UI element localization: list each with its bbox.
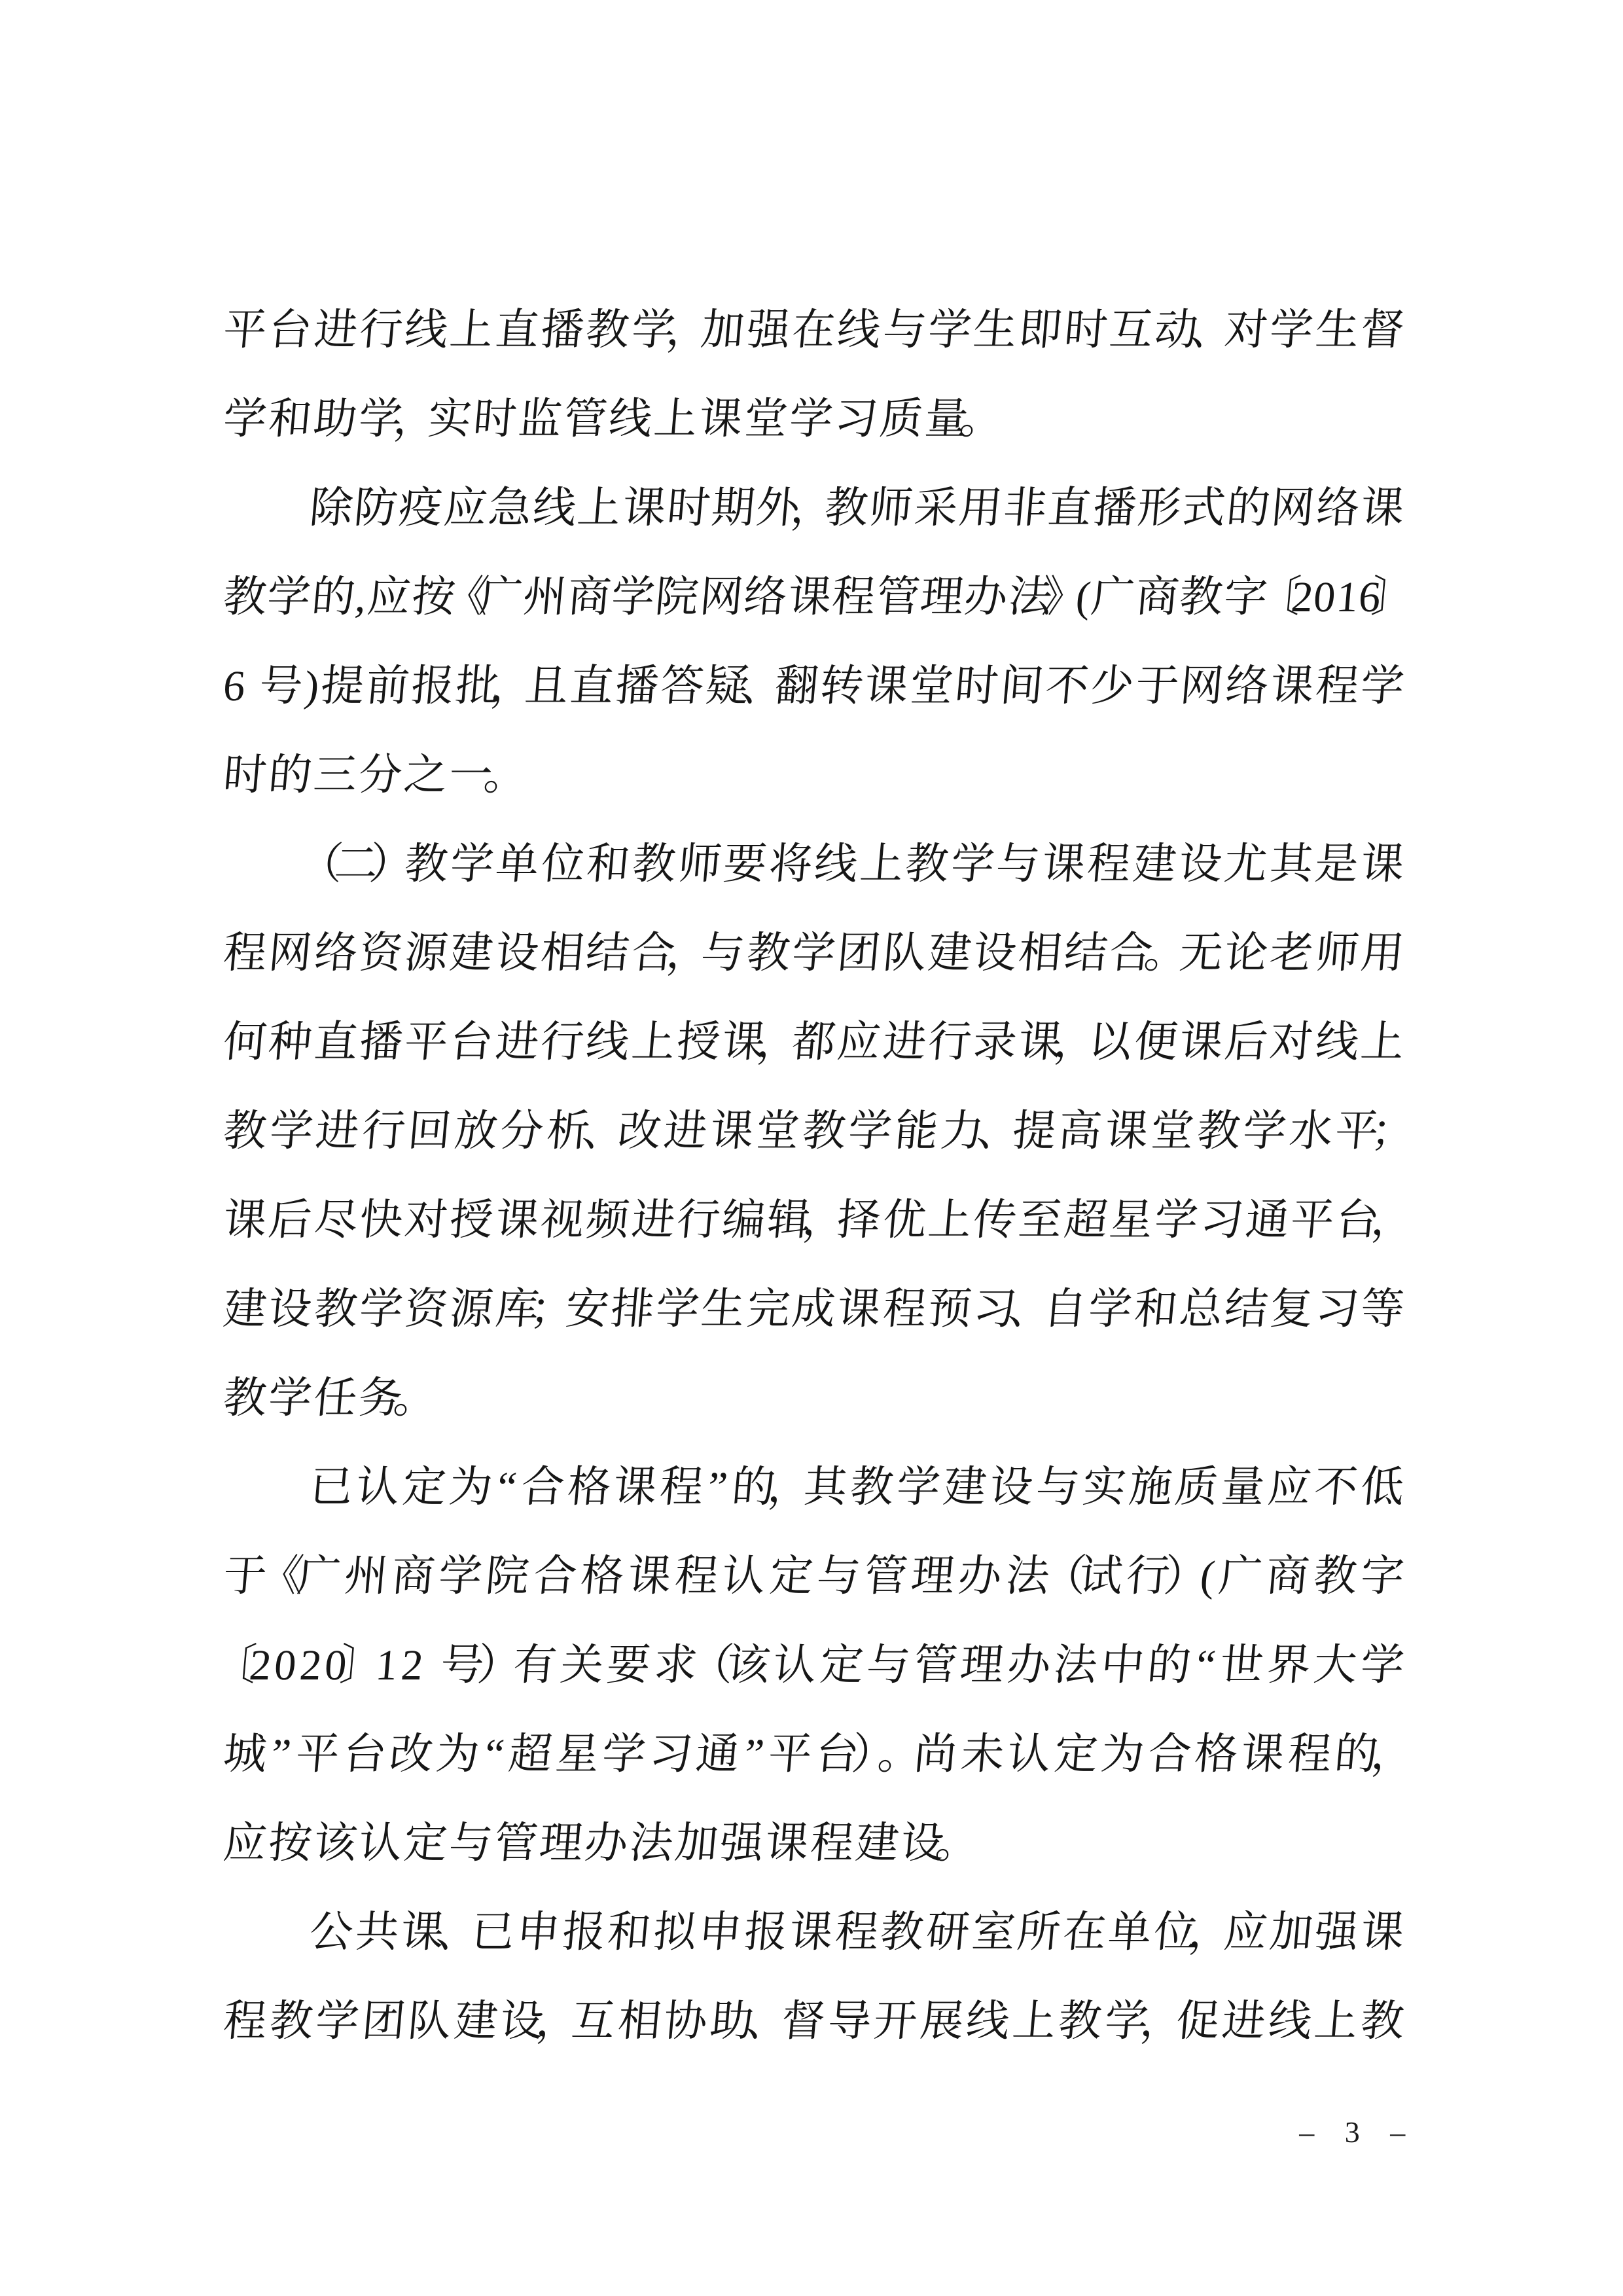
glyph: 间 [996,642,1047,731]
glyph: ” [266,1710,296,1799]
glyph: 开 [870,1977,921,2066]
glyph: 强 [1311,1888,1363,1977]
glyph: 平 [765,1710,816,1799]
glyph: 网 [265,909,316,998]
glyph: 上 [628,998,679,1087]
glyph: 分 [355,731,406,820]
glyph: 该 [722,1621,774,1710]
glyph: 师 [674,820,725,909]
glyph: 教 [219,1087,270,1176]
glyph: 疫 [395,464,446,553]
glyph: 网 [696,553,747,642]
glyph: 结 [1060,909,1111,998]
glyph: 管 [872,553,923,642]
glyph: 上 [574,464,625,553]
glyph: 院 [482,1532,533,1621]
glyph: 教 [798,1087,849,1176]
glyph: 翻 [771,642,822,731]
glyph: 回 [404,1087,455,1176]
glyph: 授 [673,998,724,1087]
glyph: 管 [560,375,611,464]
glyph: 且 [522,642,573,731]
glyph: 课 [834,1265,885,1354]
glyph: 通 [692,1710,743,1799]
glyph: 实 [1079,1443,1130,1532]
glyph: 质 [876,375,927,464]
glyph: 直 [1044,464,1096,553]
glyph: 教 [1193,1087,1244,1176]
text-line: 程教学团队建设，互相协助、督导开展线上教学，促进线上教 [221,1977,1402,2066]
glyph: 合 [529,1532,580,1621]
glyph: 教 [877,1888,928,1977]
text-line: 教学任务。 [221,1354,1402,1443]
page-number: – 3 – [1299,2113,1417,2152]
glyph: 格 [1190,1710,1241,1799]
glyph: 平 [401,998,452,1087]
glyph: 课 [1266,642,1317,731]
glyph: 式 [1178,464,1229,553]
glyph: 团 [358,1977,409,2066]
glyph: 和 [583,820,634,909]
glyph: 程 [219,1977,270,2066]
glyph: 为 [445,1443,496,1532]
glyph: 自 [1039,1265,1090,1354]
glyph: 星 [552,1710,603,1799]
glyph: 助 [310,375,361,464]
glyph: 学 [947,820,998,909]
glyph: 。 [400,1354,430,1443]
glyph: 认 [770,1621,821,1710]
glyph: 强 [716,1799,767,1888]
glyph: 和 [264,375,315,464]
glyph: 播 [611,642,662,731]
glyph: 队 [879,909,930,998]
glyph: 已 [306,1443,357,1532]
text-line: 城”平台改为“超星学习通”平台）。尚未认定为合格课程的， [221,1710,1402,1799]
glyph: 强 [743,286,794,375]
glyph: 教 [219,553,270,642]
glyph: 课 [1357,820,1408,909]
glyph: 课 [624,1532,675,1621]
glyph: 复 [1266,1265,1317,1354]
text-line: 教学进行回放分析、改进课堂教学能力、提高课堂教学水平； [221,1087,1402,1176]
glyph: 建 [851,1799,902,1888]
glyph: 定 [816,1621,867,1710]
glyph: 预 [924,1265,975,1354]
glyph: 格 [563,1443,615,1532]
glyph: ； [1378,1087,1408,1176]
glyph: 拟 [649,1888,700,1977]
glyph: 期 [707,464,758,553]
glyph: 学 [446,820,497,909]
glyph: 理 [535,1799,586,1888]
glyph: 时 [219,731,270,820]
glyph: 课 [219,1176,270,1265]
glyph: 学 [652,1265,704,1354]
glyph: 互 [1105,286,1156,375]
glyph: 教 [582,286,633,375]
glyph: （ [1049,1532,1079,1621]
glyph: 界 [1263,1621,1314,1710]
glyph: 师 [1311,909,1363,998]
glyph: 台 [446,998,497,1087]
glyph: 商 [387,1532,438,1621]
glyph: 教 [219,1354,270,1443]
glyph: 与 [863,1621,914,1710]
glyph: 上 [1357,998,1408,1087]
glyph: 程 [879,1265,930,1354]
glyph: 课 [618,464,669,553]
glyph: ， [775,1443,805,1532]
glyph: 网 [1177,642,1228,731]
glyph: 的 [1143,1621,1194,1710]
glyph: 商 [1132,553,1183,642]
glyph: ” [739,1710,769,1799]
glyph: 即 [1015,286,1066,375]
glyph: 尤 [1220,820,1271,909]
glyph: 管 [490,1799,541,1888]
glyph: 其 [800,1443,851,1532]
glyph: 平 [293,1710,344,1799]
glyph: 程 [1311,642,1363,731]
glyph: 上 [924,1176,975,1265]
glyph: 线 [1264,1977,1315,2066]
glyph: 线 [401,286,452,375]
glyph: 生 [1311,286,1363,375]
glyph: 中 [1097,1621,1148,1710]
glyph: 时 [952,642,1003,731]
glyph: 上 [446,286,497,375]
glyph: 是 [1311,820,1363,909]
glyph: 线 [1311,998,1363,1087]
text-line: 已认定为“合格课程”的，其教学建设与实施质量应不低 [221,1443,1402,1532]
glyph: 〕 [1378,553,1408,642]
glyph: 改 [614,1087,665,1176]
glyph: 进 [628,1176,679,1265]
glyph: 教 [401,820,452,909]
glyph: 行 [537,998,588,1087]
glyph: 。 [490,731,520,820]
glyph: 等 [1357,1265,1408,1354]
glyph: 转 [816,642,867,731]
glyph: 大 [1310,1621,1361,1710]
glyph: 学 [845,1087,896,1176]
glyph: 防 [351,464,402,553]
glyph: 研 [922,1888,973,1977]
glyph: 课 [1357,1888,1408,1977]
document-body: 平台进行线上直播教学，加强在线与学生即时互动、对学生督学和助学，实时监管线上课堂… [221,286,1402,2066]
glyph: 平 [1287,1176,1338,1265]
glyph: 直 [491,286,543,375]
glyph: 播 [355,998,406,1087]
glyph: 团 [834,909,885,998]
glyph: 后 [265,1176,316,1265]
glyph: ， [1378,1176,1408,1265]
glyph: 关 [556,1621,607,1710]
glyph: 上 [1008,1977,1060,2066]
glyph: 设 [265,1265,316,1354]
glyph: 报 [740,1888,791,1977]
glyph: 加 [1266,1888,1317,1977]
glyph: 合 [1144,1710,1195,1799]
text-line: 教学的,应按《广州商学院网络课程管理办法》(广商教字〔2016〕 [221,553,1402,642]
glyph: 学 [219,375,270,464]
glyph: 以 [1085,998,1136,1087]
glyph: 分 [496,1087,547,1176]
glyph: 进 [1219,1977,1270,2066]
glyph: 学 [264,1354,315,1443]
glyph: 格 [577,1532,628,1621]
glyph: 进 [310,286,361,375]
glyph: 传 [969,1176,1020,1265]
glyph: 后 [1221,998,1272,1087]
glyph: 协 [660,1977,711,2066]
glyph: 课 [491,1176,543,1265]
text-line: 何种直播平台进行线上授课，都应进行录课，以便课后对线上 [221,998,1402,1087]
glyph: 平 [219,286,270,375]
glyph: 室 [968,1888,1019,1977]
glyph: 台 [339,1710,390,1799]
glyph: 要 [719,820,770,909]
glyph: 办 [580,1799,632,1888]
glyph: 广 [1215,1532,1266,1621]
glyph: 2 [397,1621,427,1710]
glyph: 通 [1241,1176,1293,1265]
glyph: 的 [1223,464,1274,553]
glyph: 择 [834,1176,885,1265]
glyph: 习 [831,375,882,464]
glyph: 办 [1003,1621,1054,1710]
glyph: 管 [910,1621,961,1710]
glyph: 进 [491,998,543,1087]
glyph: 频 [582,1176,633,1265]
glyph: 急 [484,464,535,553]
glyph: 法 [626,1799,677,1888]
glyph: 线 [963,1977,1014,2066]
glyph: 与 [1032,1443,1083,1532]
text-line: 程网络资源建设相结合，与教学团队建设相结合。无论老师用 [221,909,1402,998]
glyph: 习 [1196,1176,1247,1265]
glyph: 定 [766,1532,817,1621]
glyph: 学 [607,553,658,642]
glyph: 促 [1172,1977,1223,2066]
glyph: 理 [916,553,967,642]
glyph: 实 [425,375,476,464]
glyph: 商 [1262,1532,1313,1621]
glyph: 放 [450,1087,501,1176]
glyph: 形 [1133,464,1185,553]
glyph: 能 [891,1087,942,1176]
glyph: 应 [1264,1443,1315,1532]
glyph: 质 [1171,1443,1222,1532]
glyph: 堂 [906,642,957,731]
text-line: 除防疫应急线上课时期外，教师采用非直播形式的网络课 [221,464,1402,553]
glyph: 〕 [346,1621,376,1710]
glyph: 建 [1129,820,1180,909]
glyph: 行 [924,998,975,1087]
glyph: 都 [788,998,839,1087]
glyph: 前 [362,642,413,731]
glyph: 课 [1357,464,1408,553]
glyph: 授 [446,1176,497,1265]
glyph: 老 [1266,909,1317,998]
glyph: 习 [1311,1265,1363,1354]
glyph: 直 [310,998,361,1087]
glyph: 学 [599,1710,650,1799]
glyph: 合 [517,1443,568,1532]
glyph: 不 [1310,1443,1361,1532]
glyph: 理 [957,1621,1008,1710]
glyph: 其 [1266,820,1317,909]
glyph: 学 [788,909,839,998]
glyph: 课 [1038,820,1089,909]
glyph: （ [697,1621,727,1710]
glyph: 络 [1222,642,1273,731]
glyph: 应 [364,553,415,642]
glyph: ” [703,1443,733,1532]
glyph: 州 [520,553,571,642]
glyph: 、 [983,1087,1013,1176]
glyph: 采 [910,464,961,553]
glyph: 三 [310,731,361,820]
glyph: 单 [492,820,543,909]
glyph: 在 [1059,1888,1110,1977]
glyph: 论 [1221,909,1272,998]
glyph: 完 [743,1265,794,1354]
glyph: 进 [660,1087,711,1176]
glyph: 建 [219,1265,270,1354]
glyph: 导 [824,1977,875,2066]
glyph: 的 [308,553,359,642]
glyph: 该 [310,1799,361,1888]
glyph: 教 [902,820,953,909]
glyph: 源 [401,909,452,998]
glyph: 不 [1041,642,1092,731]
glyph: “ [1190,1621,1221,1710]
glyph: 答 [656,642,707,731]
glyph: 台 [265,286,316,375]
glyph: 与 [813,1532,864,1621]
glyph: 网 [1268,464,1319,553]
glyph: 要 [603,1621,654,1710]
glyph: 行 [355,286,406,375]
glyph: 水 [1285,1087,1336,1176]
glyph: 〔 [219,1621,249,1710]
glyph: 程 [1084,820,1135,909]
glyph: 学 [1151,1176,1202,1265]
glyph: 为 [1097,1710,1148,1799]
glyph: 认 [1004,1710,1055,1799]
glyph: “ [479,1710,509,1799]
glyph: 课 [786,1888,837,1977]
glyph: 于 [1132,642,1183,731]
glyph: 无 [1175,909,1226,998]
glyph: 学 [1240,1087,1291,1176]
glyph: 的 [264,731,315,820]
glyph: 法 [1050,1621,1101,1710]
glyph: 之 [400,731,451,820]
glyph: 有 [510,1621,561,1710]
text-line: 6 号)提前报批，且直播答疑、翻转课堂时间不少于网络课程学 [221,642,1402,731]
glyph: 学 [1357,642,1408,731]
text-line: 课后尽快对授课视频进行编辑，择优上传至超星学习通平台， [221,1176,1402,1265]
glyph: 学 [1266,286,1317,375]
glyph: 定 [1050,1710,1101,1799]
glyph: 超 [1060,1176,1111,1265]
glyph: 教 [1357,1977,1408,2066]
glyph: 少 [1086,642,1137,731]
glyph: 提 [317,642,368,731]
glyph: 和 [1130,1265,1181,1354]
glyph: 便 [1130,998,1181,1087]
glyph: 课 [784,553,835,642]
glyph: 单 [1105,1888,1156,1977]
glyph: ） [484,1621,514,1710]
glyph: 教 [847,1443,898,1532]
glyph: 程 [656,1443,707,1532]
glyph: 设 [1175,820,1226,909]
glyph: 课 [706,1087,757,1176]
glyph: ， [1378,1710,1408,1799]
glyph: 播 [537,286,588,375]
glyph: 应 [219,1799,270,1888]
glyph: 高 [1055,1087,1106,1176]
glyph: 在 [788,286,839,375]
glyph: 认 [719,1532,770,1621]
glyph: 安 [562,1265,613,1354]
text-line: 应按该认定与管理办法加强课程建设。 [221,1799,1402,1888]
glyph: 建 [446,909,497,998]
glyph: 结 [1221,1265,1272,1354]
glyph: 为 [433,1710,484,1799]
glyph: 排 [607,1265,658,1354]
glyph: 0 [271,1621,300,1710]
glyph: 非 [999,464,1050,553]
glyph: 至 [1015,1176,1066,1265]
glyph: 教 [1176,553,1227,642]
glyph: 课 [696,375,747,464]
glyph: 设 [969,909,1020,998]
glyph: 世 [1217,1621,1268,1710]
glyph: 编 [718,1176,769,1265]
glyph: 时 [663,464,714,553]
glyph: 按 [264,1799,315,1888]
glyph: 播 [1089,464,1140,553]
glyph: 建 [939,1443,990,1532]
glyph: 课 [761,1799,812,1888]
glyph: 广 [475,553,526,642]
glyph: 。 [942,1799,972,1888]
glyph: 。 [967,375,997,464]
glyph: 办 [961,553,1012,642]
glyph: 城 [219,1710,270,1799]
glyph: 堂 [753,1087,804,1176]
glyph: 堂 [741,375,792,464]
glyph: 堂 [1147,1087,1198,1176]
glyph: 办 [955,1532,1006,1621]
glyph: 定 [400,1799,451,1888]
glyph: 设 [986,1443,1037,1532]
glyph: 申 [695,1888,746,1977]
glyph: 广 [1088,553,1139,642]
glyph: 络 [310,909,361,998]
glyph: 建 [450,1977,501,2066]
glyph: 试 [1076,1532,1127,1621]
glyph: 视 [537,1176,588,1265]
glyph: 队 [404,1977,455,2066]
glyph: 直 [567,642,618,731]
glyph: 用 [955,464,1006,553]
